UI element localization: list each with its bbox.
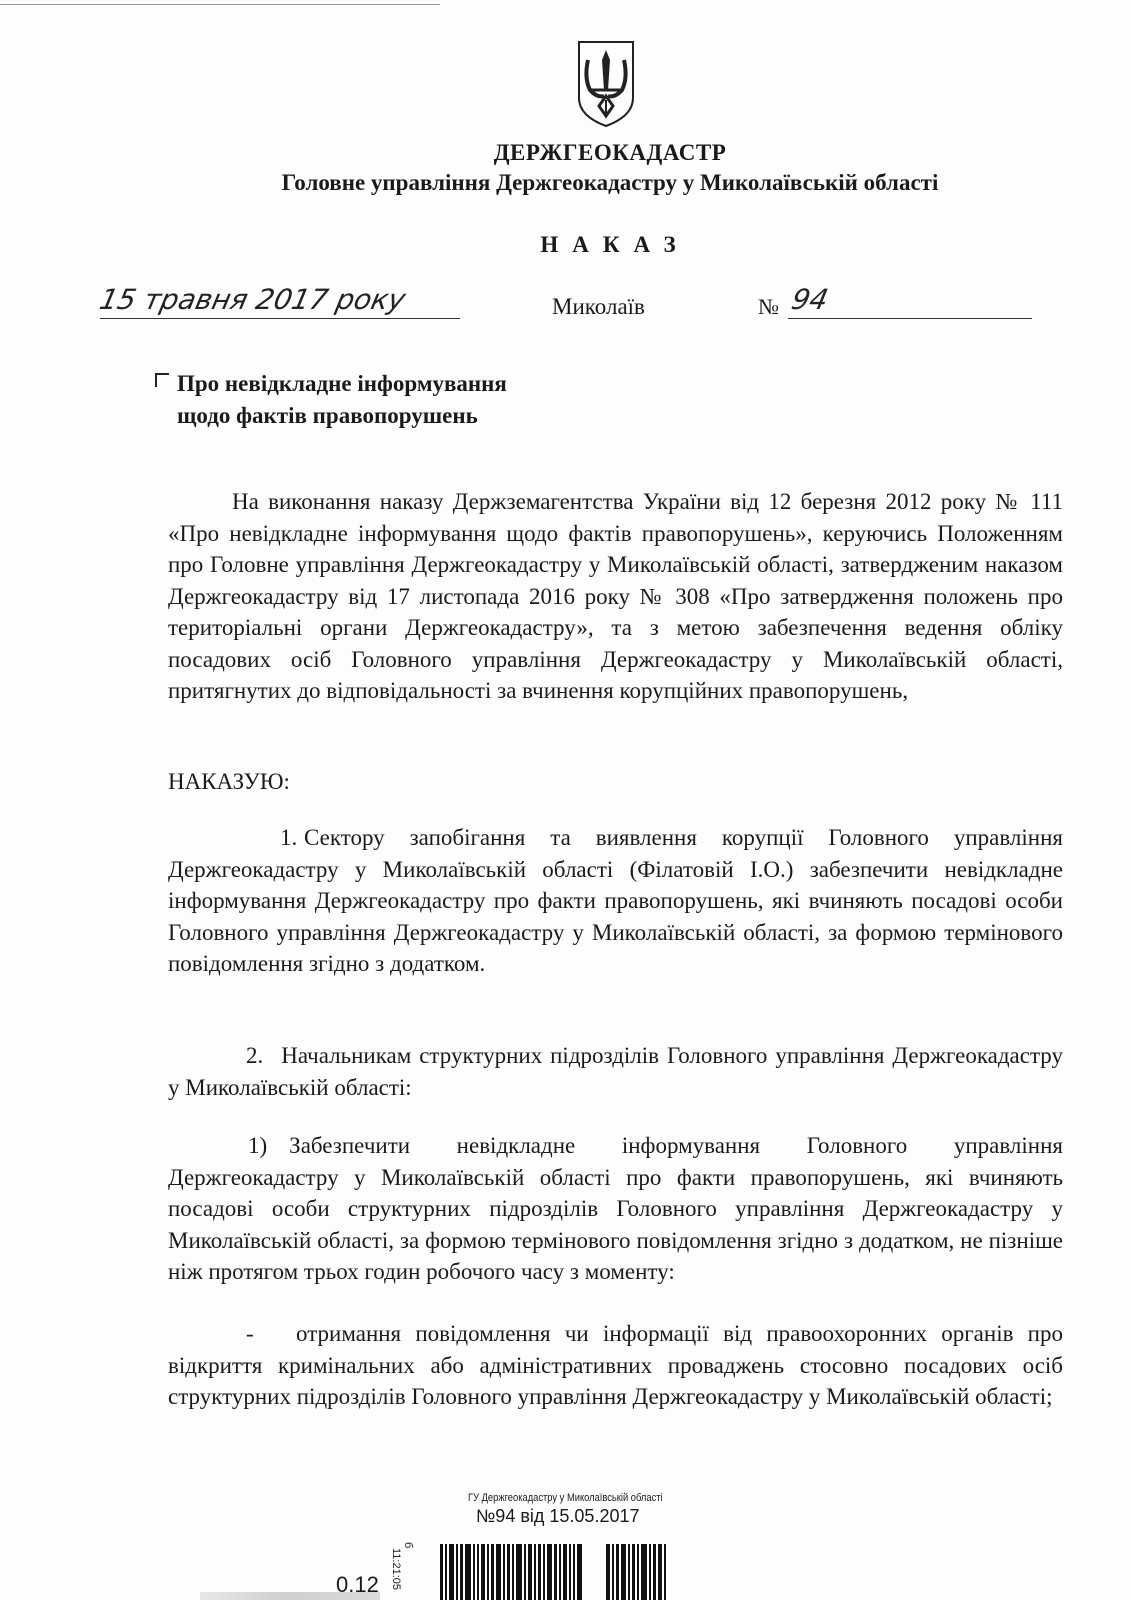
faded-text-strip [200, 1592, 380, 1600]
item-number: 2. [246, 1043, 263, 1068]
number-sign: № [758, 294, 779, 320]
subject-line-1: Про невідкладне інформування [177, 371, 507, 396]
subitem-number: 1) [248, 1133, 267, 1158]
item-number: 1. [224, 822, 304, 854]
number-line: 94 [788, 282, 1032, 319]
order-number-field: № 94 [758, 282, 1028, 318]
subject-line-2: щодо фактів правопорушень [155, 400, 507, 432]
order-item-1: 1.Сектору запобігання та виявлення коруп… [168, 822, 1063, 980]
order-dash-item-1: -отримання повідомлення чи інформації ві… [168, 1318, 1063, 1413]
order-subject: Про невідкладне інформування щодо фактів… [155, 368, 507, 432]
order-subitem-1: 1)Забезпечити невідкладне інформування Г… [168, 1130, 1063, 1288]
handwritten-number: 94 [788, 282, 831, 318]
handwritten-date: 15 травня 2017 року [96, 282, 409, 318]
org-name: ДЕРЖГЕОКАДАСТР [0, 140, 1130, 166]
order-item-2: 2.Начальникам структурних підрозділів Го… [168, 1040, 1063, 1103]
org-department: Головне управління Держгеокадастру у Мик… [0, 170, 1130, 196]
barcode [440, 1544, 710, 1600]
item-text: Начальникам структурних підрозділів Голо… [168, 1043, 1063, 1100]
subject-corner-mark [155, 373, 169, 387]
dash-marker: - [246, 1318, 296, 1350]
page-edge-line [0, 4, 440, 5]
intro-paragraph: На виконання наказу Держземагентства Укр… [168, 486, 1063, 707]
stamp-reg-number: №94 від 15.05.2017 [476, 1506, 640, 1527]
dash-text: отримання повідомлення чи інформації від… [168, 1321, 1063, 1409]
document-type-title: НАКАЗ [0, 232, 1130, 258]
subitem-text: Забезпечити невідкладне інформування Гол… [168, 1133, 1063, 1284]
stamp-org: ГУ Держгеокадастру у Миколаївській облас… [468, 1492, 663, 1504]
city-label: Миколаїв [552, 294, 645, 320]
stamp-time: 11:21:05 [390, 1548, 402, 1590]
trident-emblem-icon [575, 38, 637, 128]
date-field: 15 травня 2017 року [100, 282, 460, 319]
order-word: НАКАЗУЮ: [168, 766, 1063, 798]
stamp-code: б [402, 1542, 414, 1548]
